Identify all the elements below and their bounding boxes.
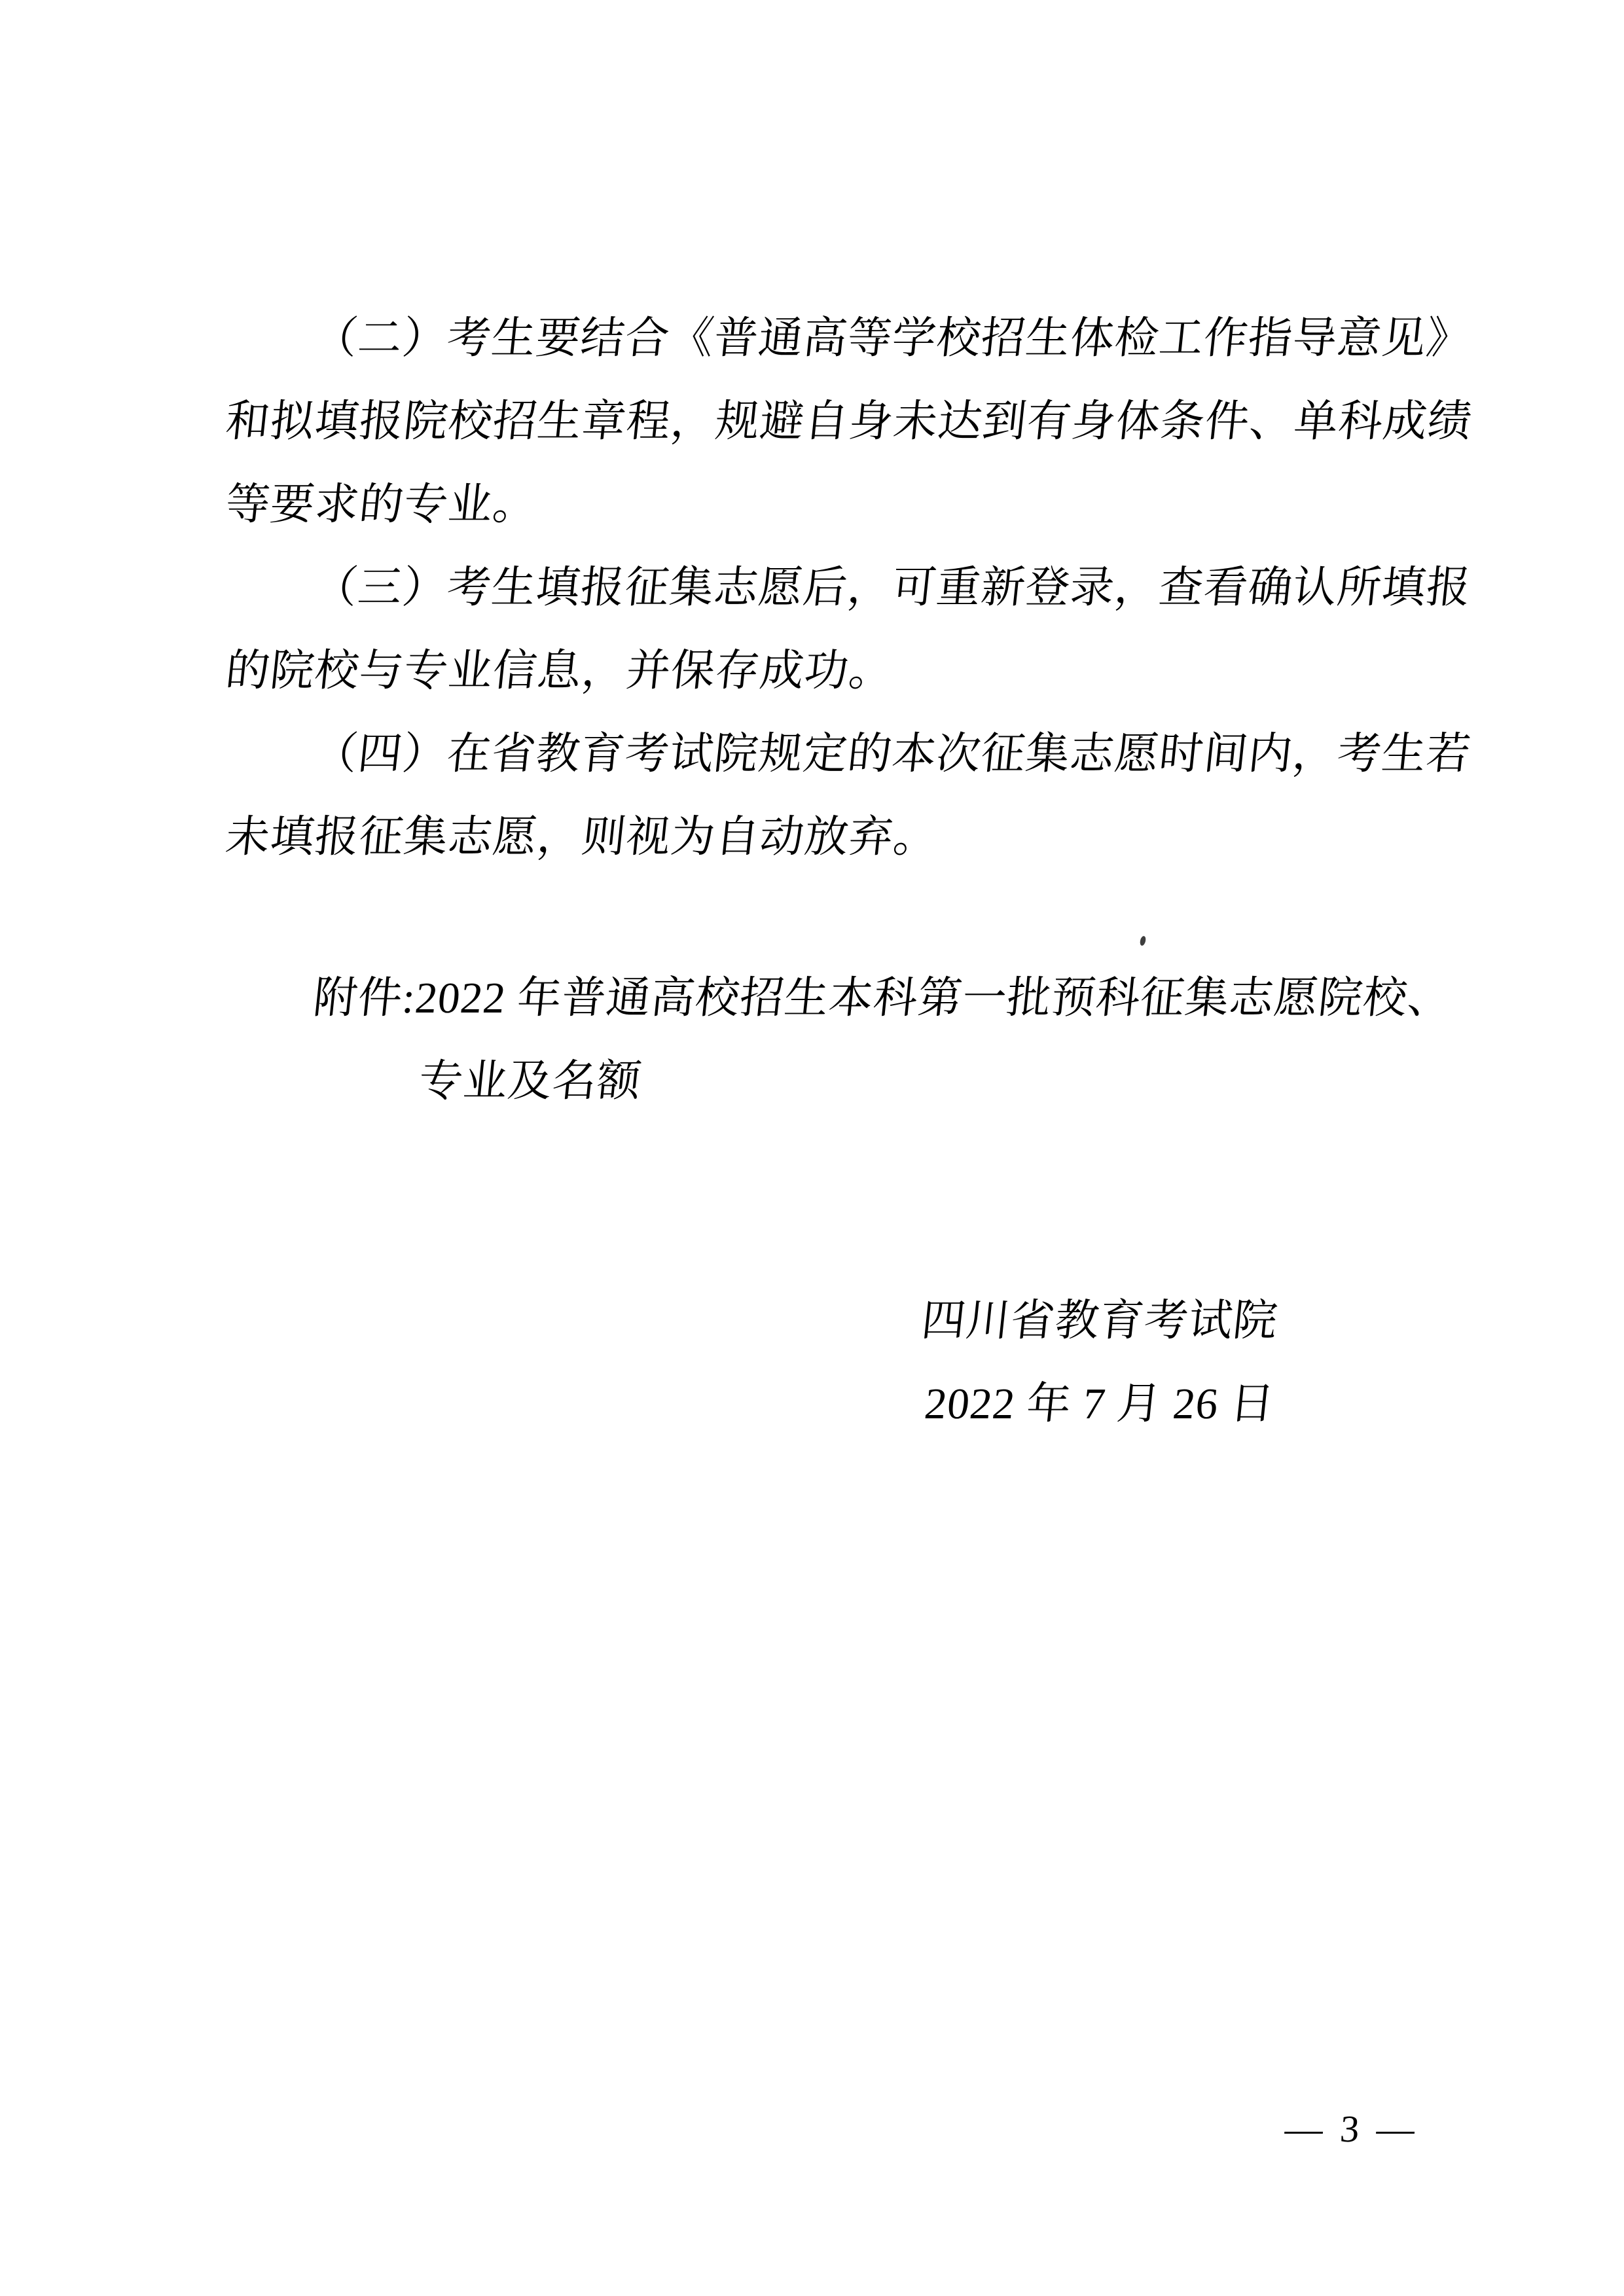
body-text-block: （二）考生要结合《普通高等学校招生体检工作指导意见》 和拟填报院校招生章程，规避… [226, 297, 1470, 879]
body-line-para3-2: 的院校与专业信息，并保存成功。 [221, 630, 1473, 713]
signature-date: 2022 年 7 月 26 日 [912, 1363, 1287, 1446]
signature-issuer: 四川省教育考试院 [912, 1280, 1287, 1363]
body-line-para2-2: 和拟填报院校招生章程，规避自身未达到有身体条件、单科成绩 [221, 380, 1473, 463]
attachment-note: 附件:2022 年普通高校招生本科第一批预科征集志愿院校、 专业及名额 [226, 957, 1470, 1123]
page-number: — 3 — [1259, 2106, 1445, 2152]
body-line-para3-1: （三）考生填报征集志愿后，可重新登录，查看确认所填报 [221, 547, 1473, 630]
scanned-document-page: （二）考生要结合《普通高等学校招生体检工作指导意见》 和拟填报院校招生章程，规避… [0, 0, 1624, 2296]
body-line-para2-1: （二）考生要结合《普通高等学校招生体检工作指导意见》 [221, 297, 1473, 380]
body-line-para2-3: 等要求的专业。 [221, 463, 1473, 547]
signature-block: 四川省教育考试院 2022 年 7 月 26 日 [916, 1280, 1283, 1446]
body-line-para4-1: （四）在省教育考试院规定的本次征集志愿时间内，考生若 [221, 713, 1473, 796]
body-line-para4-2: 未填报征集志愿，则视为自动放弃。 [221, 796, 1473, 879]
attachment-line-1: 附件:2022 年普通高校招生本科第一批预科征集志愿院校、 [221, 957, 1473, 1040]
scan-artifact-speck [1139, 935, 1146, 946]
attachment-line-2: 专业及名额 [221, 1040, 1473, 1123]
